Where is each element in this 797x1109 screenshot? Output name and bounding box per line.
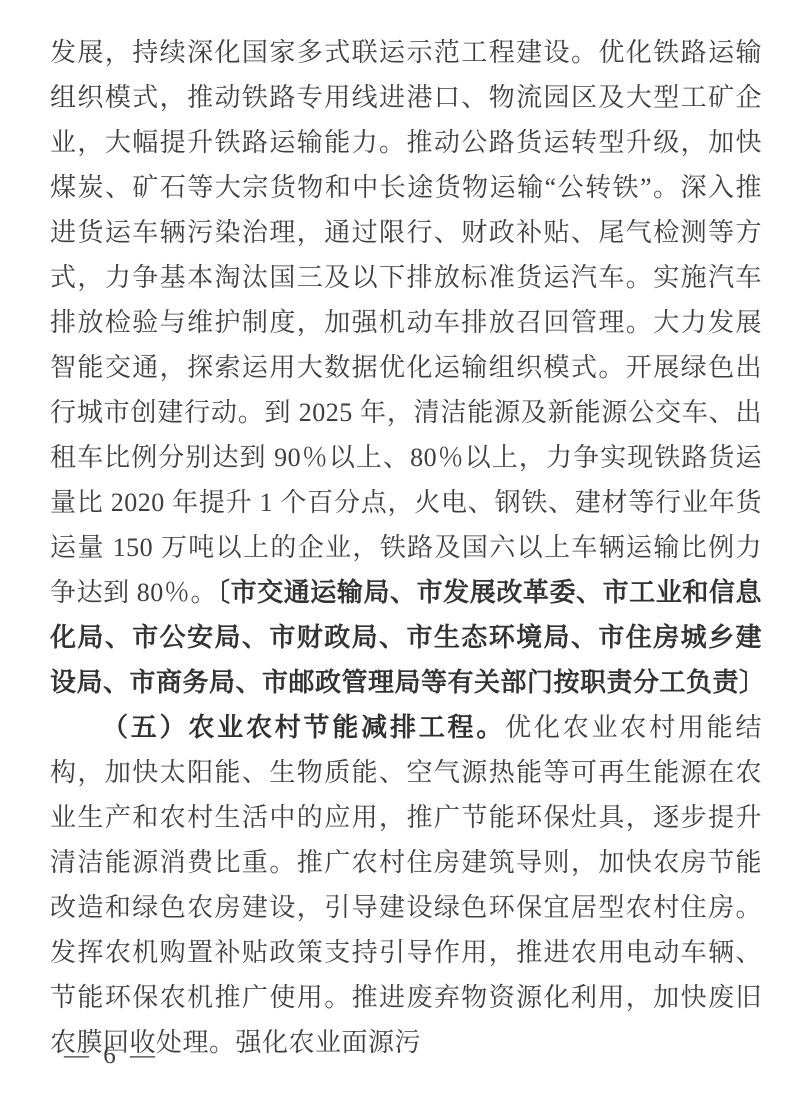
text-run-heading-bold: （五）农业农村节能减排工程。 — [102, 713, 505, 742]
document-page: 发展，持续深化国家多式联运示范工程建设。优化铁路运输组织模式，推动铁路专用线进港… — [0, 0, 797, 1109]
paragraph: （五）农业农村节能减排工程。优化农业农村用能结构，加快太阳能、生物质能、空气源热… — [50, 705, 762, 1065]
text-run-normal: 发展，持续深化国家多式联运示范工程建设。优化铁路运输组织模式，推动铁路专用线进港… — [50, 38, 762, 607]
page-footer: — 6 — — [64, 1042, 159, 1070]
text-run-normal: 优化农业农村用能结构，加快太阳能、生物质能、空气源热能等可再生能源在农业生产和农… — [50, 713, 762, 1057]
paragraph: 发展，持续深化国家多式联运示范工程建设。优化铁路运输组织模式，推动铁路专用线进港… — [50, 30, 762, 705]
document-body: 发展，持续深化国家多式联运示范工程建设。优化铁路运输组织模式，推动铁路专用线进港… — [50, 30, 762, 1065]
